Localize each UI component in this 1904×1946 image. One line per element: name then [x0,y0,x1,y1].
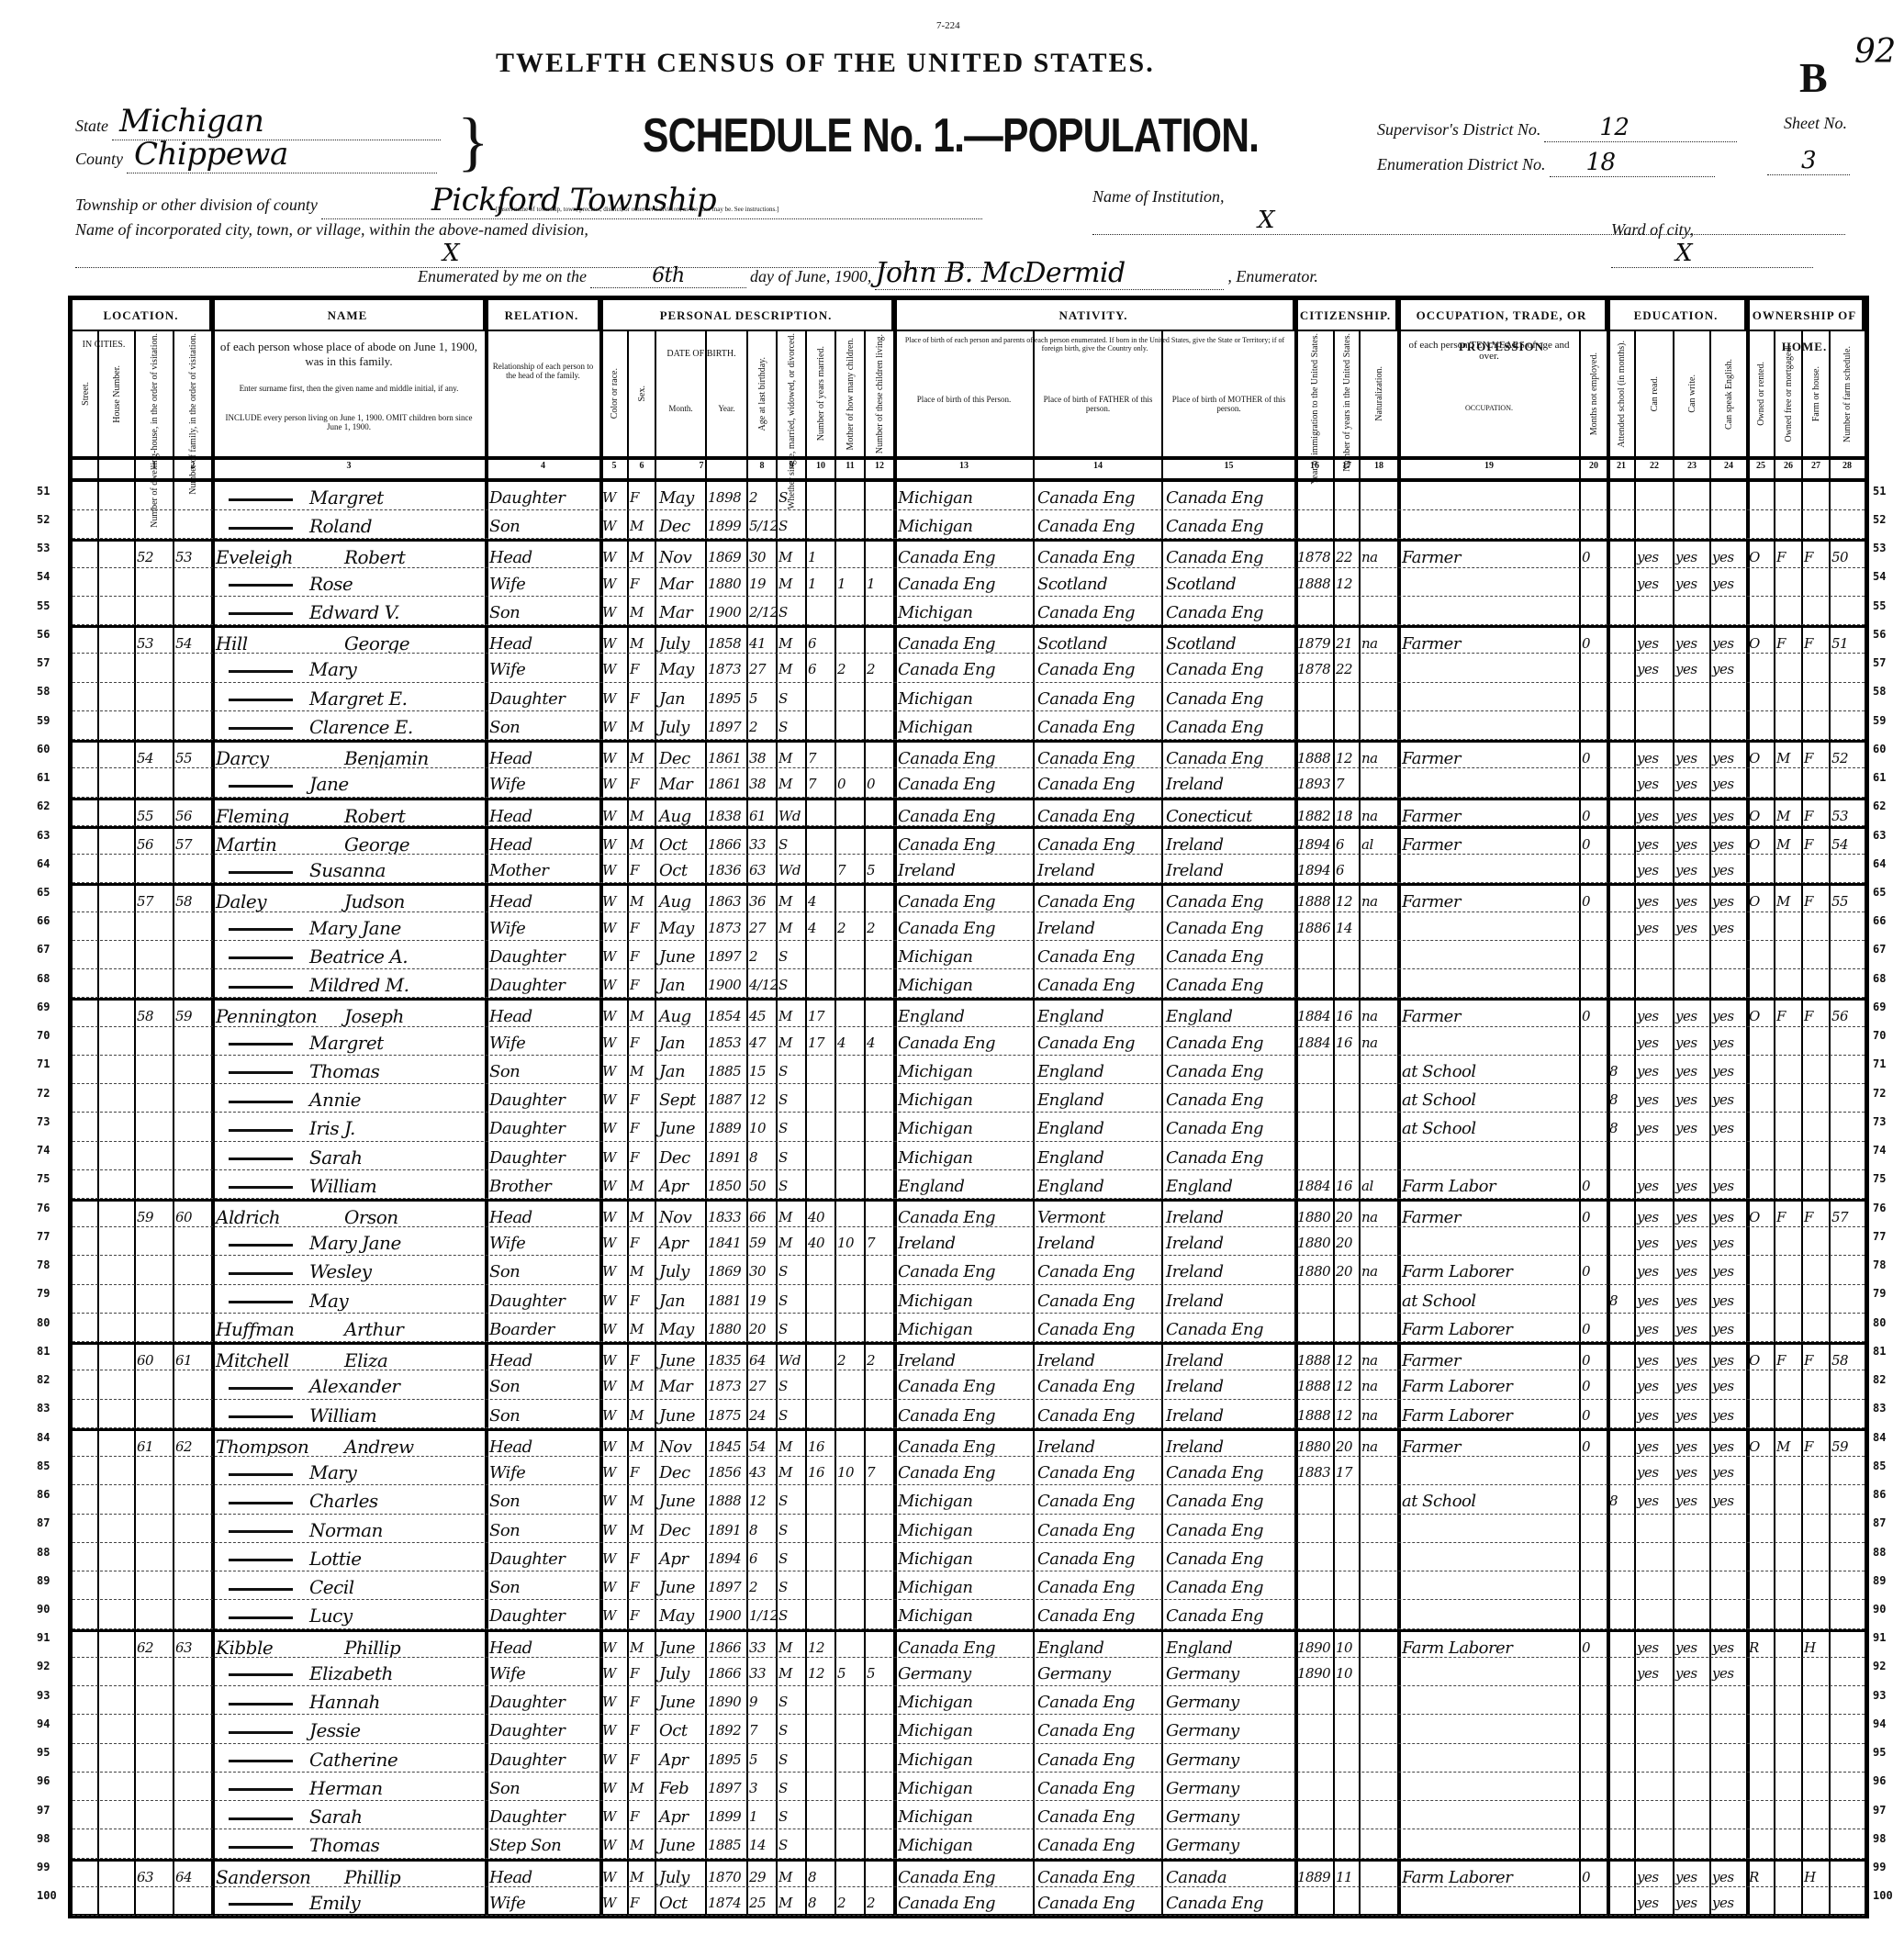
fam-cell [174,1400,212,1427]
fam-cell [174,1227,212,1255]
bm-cell: Canada Eng [1162,1142,1295,1169]
city-label: Name of incorporated city, town, or vill… [75,220,588,239]
rd-cell: yes [1635,1431,1674,1456]
age-cell: 1/12 [747,1600,777,1627]
bp-cell: Michigan [894,1485,1034,1513]
fs-cell [1830,768,1865,796]
imm-cell: 1890 [1295,1658,1334,1685]
given-name: William [309,1404,376,1426]
sch-cell [1607,1829,1635,1857]
imm-cell: 1880 [1295,1227,1334,1255]
month-cell: Oct [655,1887,706,1915]
column-headers: LOCATION.NAMERELATION.PERSONAL DESCRIPTI… [73,300,1865,460]
yus-cell [1334,1543,1360,1571]
sch-cell [1607,1543,1635,1571]
moc-cell [835,1001,865,1025]
mar-cell: M [777,1658,806,1685]
line-number: 91 [1873,1631,1886,1644]
year-cell: 1873 [706,912,747,940]
bf-cell: Canada Eng [1034,743,1162,767]
cl-cell [865,683,894,710]
fam-cell [174,1801,212,1829]
ditto-dash [229,612,293,615]
imm-cell [1295,1285,1334,1313]
mort-cell [1775,1658,1802,1685]
wr-cell: yes [1674,1887,1710,1915]
ym-cell [806,1571,835,1599]
yus-cell [1334,711,1360,739]
ym-cell [806,482,835,509]
column-divider [1709,331,1711,456]
en-cell [1710,1801,1747,1829]
rel-cell: Son [486,1571,600,1599]
mort-cell: M [1775,886,1802,911]
rel-cell: Wife [486,1887,600,1915]
column-divider [211,300,215,456]
bp-cell: Canada Eng [894,1862,1034,1886]
age-cell: 36 [747,886,777,911]
occ-cell [1398,711,1580,739]
imm-cell [1295,1715,1334,1742]
ditto-dash [229,1071,293,1074]
nat-cell [1360,1142,1398,1169]
given-name: Elizabeth [309,1662,393,1684]
dw-cell [135,683,174,710]
year-cell: 1889 [706,1113,747,1140]
fs-cell [1830,654,1865,681]
bm-cell: Canada Eng [1162,510,1295,538]
given-name: Joseph [344,1005,404,1025]
bp-cell: Michigan [894,683,1034,710]
yus-cell: 10 [1334,1658,1360,1685]
fam-cell: 55 [174,743,212,767]
rd-cell: yes [1635,1485,1674,1513]
line-number: 87 [37,1516,50,1529]
wr-cell: yes [1674,1632,1710,1657]
bm-cell: Ireland [1162,1256,1295,1283]
rel-cell: Wife [486,1457,600,1484]
month-header: Month. [655,401,706,419]
sch-cell [1607,1027,1635,1055]
dw-cell [135,1515,174,1542]
fs-cell [1830,1658,1865,1685]
enumerated-line: Enumerated by me on the 6th day of June,… [418,257,1565,290]
yus-cell: 6 [1334,829,1360,854]
cl-cell [865,1314,894,1341]
sch-cell: 8 [1607,1056,1635,1083]
name-cell: Alexander [212,1370,486,1398]
wr-cell: yes [1674,1431,1710,1456]
moc-cell [835,1543,865,1571]
bf-cell: Canada Eng [1034,711,1162,739]
age-cell: 33 [747,1632,777,1657]
moc-cell [835,886,865,911]
own-cell [1747,1084,1775,1112]
color-cell: W [600,1457,628,1484]
line-number: 51 [1873,485,1886,498]
rel-cell: Son [486,1515,600,1542]
bf-cell: Canada Eng [1034,1801,1162,1829]
rel-cell: Son [486,1773,600,1800]
month-cell: June [655,1829,706,1857]
bf-cell: Ireland [1034,855,1162,882]
mar-cell: M [777,743,806,767]
street-header-text: Street. [81,382,91,406]
line-number: 96 [1873,1774,1886,1787]
fs-cell [1830,912,1865,940]
bm-cell: Ireland [1162,1345,1295,1370]
surname: Mitchell [216,1345,344,1370]
month-cell: June [655,1686,706,1714]
age-cell: 19 [747,1285,777,1313]
line-number: 71 [37,1057,50,1070]
ym-cell [806,1773,835,1800]
wr-cell [1674,1686,1710,1714]
cl-cell [865,1485,894,1513]
name-cell: Sarah [212,1142,486,1169]
mar-cell: M [777,568,806,596]
month-cell: July [655,1256,706,1283]
mar-cell: S [777,482,806,509]
table-row: Mary JaneWifeWFApr184159M40107IrelandIre… [73,1227,1865,1256]
table-row: Margret E.DaughterWFJan18955SMichiganCan… [73,683,1865,711]
given-name: Clarence E. [309,716,413,738]
ward-value: X [1611,240,1813,268]
cl-cell [865,1744,894,1772]
line-number: 52 [1873,513,1886,526]
own-cell [1747,969,1775,997]
mort-cell [1775,855,1802,882]
cl-cell [865,542,894,566]
bp-cell: Canada Eng [894,1400,1034,1427]
occ-cell [1398,768,1580,796]
rd-cell: yes [1635,654,1674,681]
moc-cell [835,1744,865,1772]
age-cell: 14 [747,1829,777,1857]
wr-cell: yes [1674,1314,1710,1341]
table-row: AnnieDaughterWFSept188712SMichiganEnglan… [73,1084,1865,1113]
fs-cell [1830,1773,1865,1800]
table-row: NormanSonWMDec18918SMichiganCanada EngCa… [73,1515,1865,1543]
bp-cell: Canada Eng [894,768,1034,796]
fs-cell: 57 [1830,1202,1865,1226]
cl-cell [865,829,894,854]
table-row: CecilSonWFJune18972SMichiganCanada EngCa… [73,1571,1865,1600]
column-divider [1746,300,1750,456]
nat-cell [1360,912,1398,940]
yus-cell [1334,597,1360,624]
fam-cell: 59 [174,1001,212,1025]
fh-cell [1802,941,1830,968]
imm-cell [1295,1543,1334,1571]
fs-cell [1830,1515,1865,1542]
surname: Pennington [216,1001,344,1025]
enumerated-day: 6th [590,264,746,288]
wr-cell: yes [1674,1084,1710,1112]
line-number: 80 [1873,1316,1886,1329]
bf-cell: Canada Eng [1034,1887,1162,1915]
bm-cell: Germany [1162,1773,1295,1800]
color-cell: W [600,482,628,509]
wr-cell [1674,1801,1710,1829]
en-cell [1710,711,1747,739]
occ-cell: Farm Laborer [1398,1400,1580,1427]
color-header-text: Color or race. [610,368,620,419]
year-cell: 1873 [706,654,747,681]
line-number: 82 [1873,1373,1886,1386]
sex-cell: M [628,1485,655,1513]
line-number: 56 [1873,628,1886,641]
mar-cell: M [777,1632,806,1657]
mort-cell [1775,1056,1802,1083]
fh-cell: F [1802,1001,1830,1025]
yus-cell [1334,1485,1360,1513]
name-cell: Herman [212,1773,486,1800]
given-name: Jane [309,773,349,795]
wr-cell [1674,1142,1710,1169]
wr-cell: yes [1674,568,1710,596]
fam-cell [174,597,212,624]
bp-cell: Michigan [894,1773,1034,1800]
relation-description: Relationship of each person to the head … [486,359,600,396]
yus-cell [1334,1571,1360,1599]
rd-cell: yes [1635,568,1674,596]
moc-cell [835,542,865,566]
unemp-header-text: Months not employed. [1589,352,1599,435]
imm-cell: 1888 [1295,1370,1334,1398]
dw-cell [135,1715,174,1742]
sex-cell: M [628,800,655,825]
sch-cell [1607,1142,1635,1169]
moc-cell [835,941,865,968]
bp-cell: Canada Eng [894,1027,1034,1055]
line-number: 95 [1873,1746,1886,1759]
yus-cell: 22 [1334,542,1360,566]
mort-cell [1775,1170,1802,1198]
column-divider [864,331,866,456]
fh-cell [1802,568,1830,596]
en-cell [1710,1686,1747,1714]
year-cell: 1835 [706,1345,747,1370]
own-cell [1747,1485,1775,1513]
fam-cell [174,1314,212,1341]
enumeration-label: Enumeration District No. [1377,155,1546,173]
nat-cell: na [1360,628,1398,653]
ym-cell [806,800,835,825]
nat-header: Naturalization. [1360,333,1398,454]
sex-header: Sex. [628,333,655,454]
bf-cell: Canada Eng [1034,1715,1162,1742]
bp-cell: Michigan [894,1084,1034,1112]
yus-cell [1334,1084,1360,1112]
surname: Martin [216,829,344,854]
bm-cell: Canada Eng [1162,1056,1295,1083]
occ-cell [1398,1600,1580,1627]
color-cell: W [600,1658,628,1685]
sex-cell: F [628,1142,655,1169]
mort-cell [1775,1314,1802,1341]
unemp-cell: 0 [1580,1256,1607,1283]
unemp-cell: 0 [1580,829,1607,854]
surname: Daley [216,886,344,911]
name-note-include: INCLUDE every person living on June 1, 1… [212,410,486,438]
own-cell [1747,1801,1775,1829]
ym-cell [806,510,835,538]
given-name: Eliza [344,1349,387,1370]
table-row: HuffmanArthurBoarderWMMay188020SMichigan… [73,1314,1865,1342]
name-cell: HillGeorge [212,628,486,653]
yus-cell: 14 [1334,912,1360,940]
dw-cell [135,1084,174,1112]
occ-cell: Farmer [1398,542,1580,566]
moc-cell [835,1314,865,1341]
column-divider [1634,331,1636,456]
mar-cell: S [777,1400,806,1427]
fs-cell [1830,1600,1865,1627]
en-cell [1710,1142,1747,1169]
sex-cell: F [628,1027,655,1055]
name-cell: Cecil [212,1571,486,1599]
mar-cell: S [777,1256,806,1283]
occ-cell [1398,1457,1580,1484]
mort-cell [1775,1027,1802,1055]
bf-cell: Canada Eng [1034,941,1162,968]
sex-cell: M [628,1632,655,1657]
bp-cell: Michigan [894,597,1034,624]
yus-cell: 21 [1334,628,1360,653]
mort-cell [1775,1515,1802,1542]
color-cell: W [600,1400,628,1427]
occupation-description: of each person TEN YEARS of age and over… [1398,337,1580,374]
sch-cell [1607,542,1635,566]
rd-cell: yes [1635,1632,1674,1657]
unemp-cell [1580,1773,1607,1800]
year-cell: 1898 [706,482,747,509]
moc-cell [835,683,865,710]
year-cell: 1861 [706,743,747,767]
given-name: Robert [344,546,405,566]
sch-cell [1607,1345,1635,1370]
mar-cell: S [777,1686,806,1714]
moc-cell [835,628,865,653]
ym-cell: 7 [806,768,835,796]
dw-cell [135,855,174,882]
table-row: 5455DarcyBenjaminHeadWMDec186138M7Canada… [73,740,1865,768]
ym-cell [806,711,835,739]
fam-cell: 57 [174,829,212,854]
name-cell: Norman [212,1515,486,1542]
fh-cell [1802,855,1830,882]
occ-cell: Farmer [1398,1431,1580,1456]
line-number: 53 [37,542,50,554]
fh-cell: F [1802,628,1830,653]
mar-cell: S [777,683,806,710]
surname: Eveleigh [216,542,344,566]
age-header: Age at last birthday. [747,333,777,454]
ym-cell: 1 [806,542,835,566]
color-cell: W [600,1001,628,1025]
enumerated-suffix: day of June, 1900, [750,267,871,285]
ditto-dash [229,584,293,587]
mar-cell: S [777,1600,806,1627]
mar-cell: M [777,1027,806,1055]
rd-cell: yes [1635,1202,1674,1226]
fam-cell [174,510,212,538]
table-row: 6061MitchellElizaHeadWFJune183564Wd22Ire… [73,1342,1865,1370]
fh-cell [1802,1485,1830,1513]
bf-cell: Canada Eng [1034,1543,1162,1571]
imm-cell: 1880 [1295,1202,1334,1226]
rd-cell: yes [1635,1345,1674,1370]
ditto-dash [229,1272,293,1275]
given-name: Catherine [309,1749,398,1771]
fs-cell [1830,1829,1865,1857]
ditto-dash [229,1502,293,1504]
rel-cell: Head [486,800,600,825]
given-name: Sarah [309,1806,363,1828]
en-cell [1710,1515,1747,1542]
cl-cell: 0 [865,768,894,796]
bp-cell: Michigan [894,1515,1034,1542]
column-divider [97,331,99,456]
own-cell [1747,1142,1775,1169]
occ-cell [1398,1887,1580,1915]
section-location: LOCATION. [73,300,212,331]
mar-header: Whether single, married, widowed, or div… [777,333,806,454]
column-divider [746,331,748,456]
given-name: George [344,833,409,854]
ym-header: Number of years married. [806,333,835,454]
moc-cell [835,1571,865,1599]
surname: Thompson [216,1431,344,1456]
column-divider [893,300,897,456]
table-row: HannahDaughterWFJune18909SMichiganCanada… [73,1686,1865,1715]
fam-cell [174,1370,212,1398]
en-cell: yes [1710,1658,1747,1685]
sex-cell: M [628,1773,655,1800]
fh-cell [1802,1600,1830,1627]
mar-cell: S [777,1142,806,1169]
bp-cell: Ireland [894,1345,1034,1370]
wr-cell: yes [1674,1400,1710,1427]
fs-cell [1830,969,1865,997]
mort-cell [1775,969,1802,997]
age-cell: 59 [747,1227,777,1255]
color-cell: W [600,1142,628,1169]
rel-cell: Head [486,542,600,566]
month-cell: Nov [655,542,706,566]
fs-header-text: Number of farm schedule. [1842,346,1853,442]
name-cell: May [212,1285,486,1313]
rd-cell [1635,711,1674,739]
name-cell: Margret E. [212,683,486,710]
sex-cell: F [628,482,655,509]
nat-cell [1360,1829,1398,1857]
en-cell [1710,510,1747,538]
sch-cell [1607,886,1635,911]
column-number: 10 [806,461,835,471]
unemp-cell [1580,1600,1607,1627]
cl-cell [865,1571,894,1599]
unemp-cell [1580,969,1607,997]
line-number: 73 [37,1115,50,1128]
ward-label: Ward of city, [1611,220,1694,239]
en-cell: yes [1710,1431,1747,1456]
fh-cell [1802,1515,1830,1542]
bp-cell: Michigan [894,1715,1034,1742]
en-cell [1710,1543,1747,1571]
line-number: 72 [37,1087,50,1100]
